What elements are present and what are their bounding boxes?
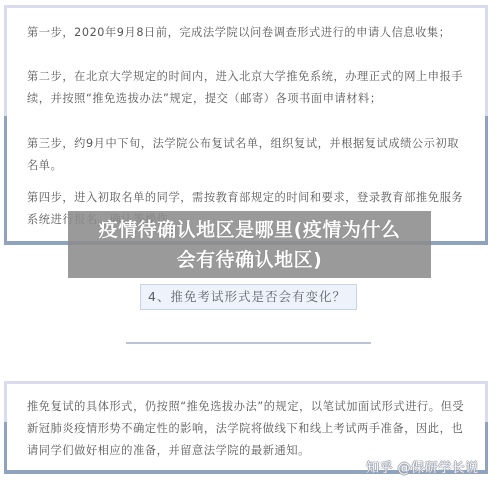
zhihu-watermark: 知乎 @保研学长说 xyxy=(366,457,479,476)
question-heading: 4、推免考试形式是否会有变化？ xyxy=(140,284,357,310)
card-border-accent-left xyxy=(4,422,7,474)
card-border-accent-right xyxy=(485,116,488,245)
card-border-accent-left xyxy=(4,116,7,245)
steps-card: 第一步，2020年9月8日前，完成法学院以问卷调查形式进行的申请人信息收集； 第… xyxy=(4,5,488,245)
section-divider xyxy=(126,342,371,344)
step-2-text: 第二步，在北京大学规定的时间内，进入北京大学推免系统，办理正式的网上申报手续，并… xyxy=(27,66,467,110)
overlay-title-line-2: 会有待确认地区) xyxy=(68,245,431,275)
answer-text: 推免复试的具体形式，仍按照“推免选拔办法”的规定，以笔试加面试形式进行。但受新冠… xyxy=(27,396,467,462)
overlay-title-line-1: 疫情待确认地区是哪里(疫情为什么 xyxy=(68,215,431,245)
overlay-title-banner: 疫情待确认地区是哪里(疫情为什么 会有待确认地区) xyxy=(68,211,431,278)
step-3-text: 第三步，约9月中下旬，法学院公布复试名单，组织复试，并根据复试成绩公示初取名单。 xyxy=(27,133,467,177)
step-1-text: 第一步，2020年9月8日前，完成法学院以问卷调查形式进行的申请人信息收集； xyxy=(27,22,467,44)
card-border-accent-right xyxy=(485,422,488,474)
